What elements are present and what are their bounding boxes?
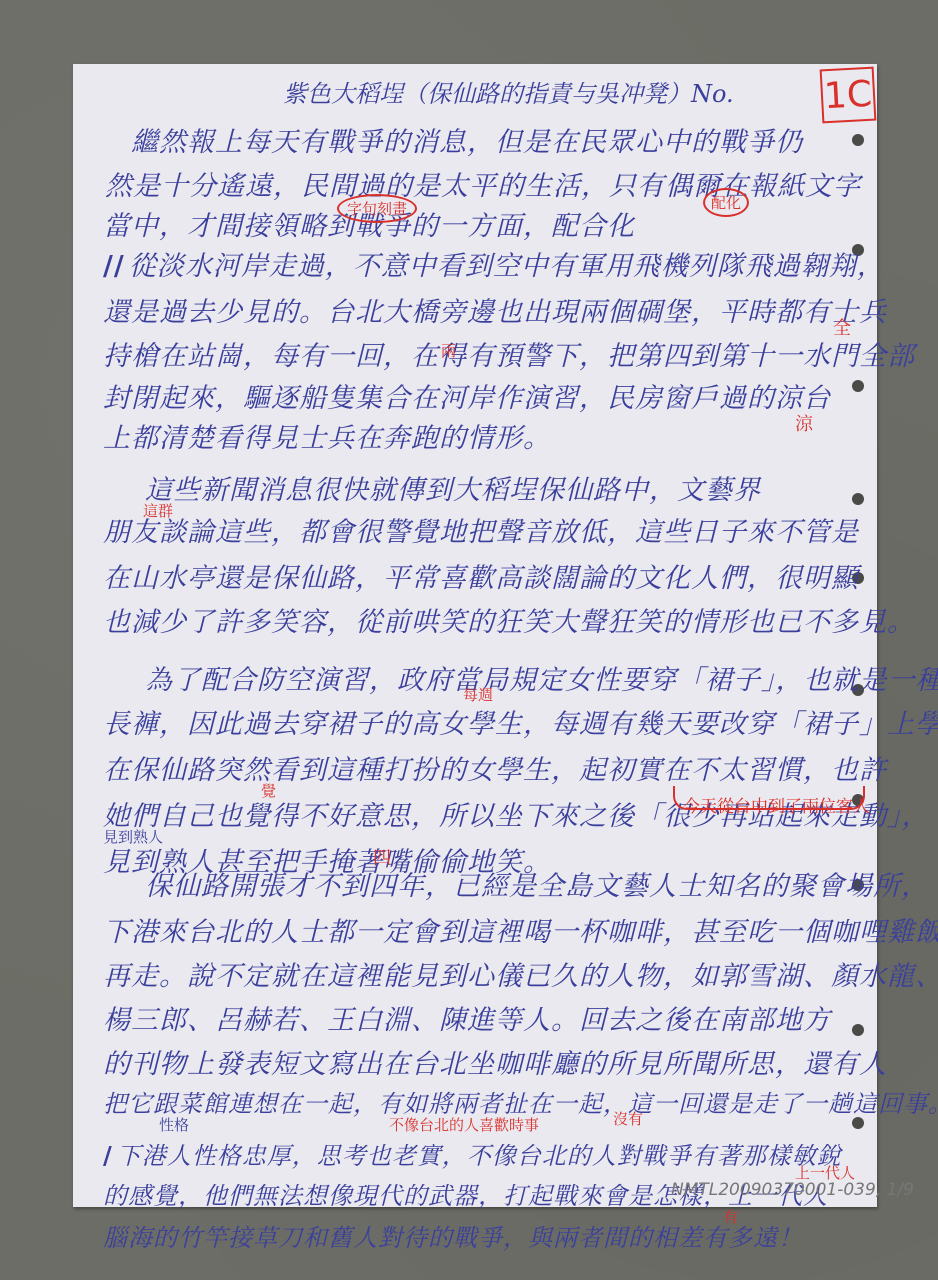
- text-line: 朋友談論這些，都會很警覺地把聲音放低，這些日子來不管是: [103, 510, 859, 549]
- margin-note: 沒有: [613, 1108, 643, 1129]
- binder-hole: [852, 134, 864, 146]
- text-line: 再走。說不定就在這裡能見到心儀已久的人物，如郭雪湖、顏水龍、: [103, 954, 938, 993]
- text-line: 還是過去少見的。台北大橋旁邊也出現兩個碉堡，平時都有士兵: [103, 290, 887, 329]
- manuscript-page: 紫色大稻埕（保仙路的指責与吳冲凳）No. 1C 繼然報上每天有戰爭的消息，但是在…: [73, 64, 877, 1207]
- margin-note: 不像台北的人喜歡時事: [389, 1114, 539, 1135]
- manuscript-title: 紫色大稻埕（保仙路的指責与吳冲凳）No.: [283, 74, 734, 109]
- note-bracket: [673, 786, 865, 810]
- text-line: 也減少了許多笑容，從前哄笑的狂笑大聲狂笑的情形也已不多見。: [103, 600, 915, 639]
- margin-note: 涼: [795, 410, 813, 436]
- binder-hole: [852, 493, 864, 505]
- margin-note: 全: [833, 314, 851, 340]
- margin-note: 兩: [441, 340, 456, 361]
- binder-hole: [852, 1024, 864, 1036]
- text-line: 持槍在站崗，每有一回，在得有預警下，把第四到第十一水門全部: [103, 334, 915, 373]
- margin-note: 配化: [703, 188, 749, 217]
- page-number-box: 1C: [820, 67, 877, 124]
- binder-hole: [852, 380, 864, 392]
- text-line: 保仙路開張才不到四年，已經是全島文藝人士知名的聚會場所，: [145, 864, 929, 903]
- text-line: 在保仙路突然看到這種打扮的女學生，起初實在不太習慣，也許: [103, 748, 887, 787]
- text-line: /下港人性格忠厚，思考也老實，不像台北的人對戰爭有著那樣敏銳: [103, 1136, 842, 1171]
- text-line: 長褲，因此過去穿裙子的高女學生，每週有幾天要改穿「裙子」上學，因此: [103, 702, 938, 741]
- text-line: 腦海的竹竿接草刀和舊人對待的戰爭，與兩者間的相差有多遠！: [103, 1218, 803, 1253]
- paragraph-mark: /: [103, 1141, 113, 1170]
- text-line: 的刊物上發表短文寫出在台北坐咖啡廳的所見所聞所思，還有人: [103, 1042, 887, 1081]
- text-line: 下港來台北的人士都一定會到這裡喝一杯咖啡，甚至吃一個咖哩雞飯，: [103, 910, 938, 949]
- paragraph-mark: //: [103, 251, 125, 282]
- margin-note: 字句刻畫: [337, 194, 417, 223]
- text-line: //從淡水河岸走過，不意中看到空中有軍用飛機列隊飛過翱翔，: [103, 244, 885, 283]
- text-line: 封閉起來，驅逐船隻集合在河岸作演習，民房窗戶過的涼台: [103, 376, 831, 415]
- text-line: 楊三郎、呂赫若、王白淵、陳進等人。回去之後在南部地方: [103, 998, 831, 1037]
- archive-id: NMTL20090370001-039, 1/9: [671, 1180, 914, 1200]
- margin-note: 性格: [159, 1114, 189, 1135]
- text-line: 在山水亭還是保仙路，平常喜歡高談闊論的文化人們，很明顯: [103, 556, 859, 595]
- text-line: 繼然報上每天有戰爭的消息，但是在民眾心中的戰爭仍: [131, 120, 803, 159]
- text-line: 為了配合防空演習，政府當局規定女性要穿「裙子」，也就是一種: [145, 658, 938, 697]
- text-line: 這些新聞消息很快就傳到大稻埕保仙路中，文藝界: [145, 468, 761, 507]
- text-line: 上都清楚看得見士兵在奔跑的情形。: [103, 416, 551, 455]
